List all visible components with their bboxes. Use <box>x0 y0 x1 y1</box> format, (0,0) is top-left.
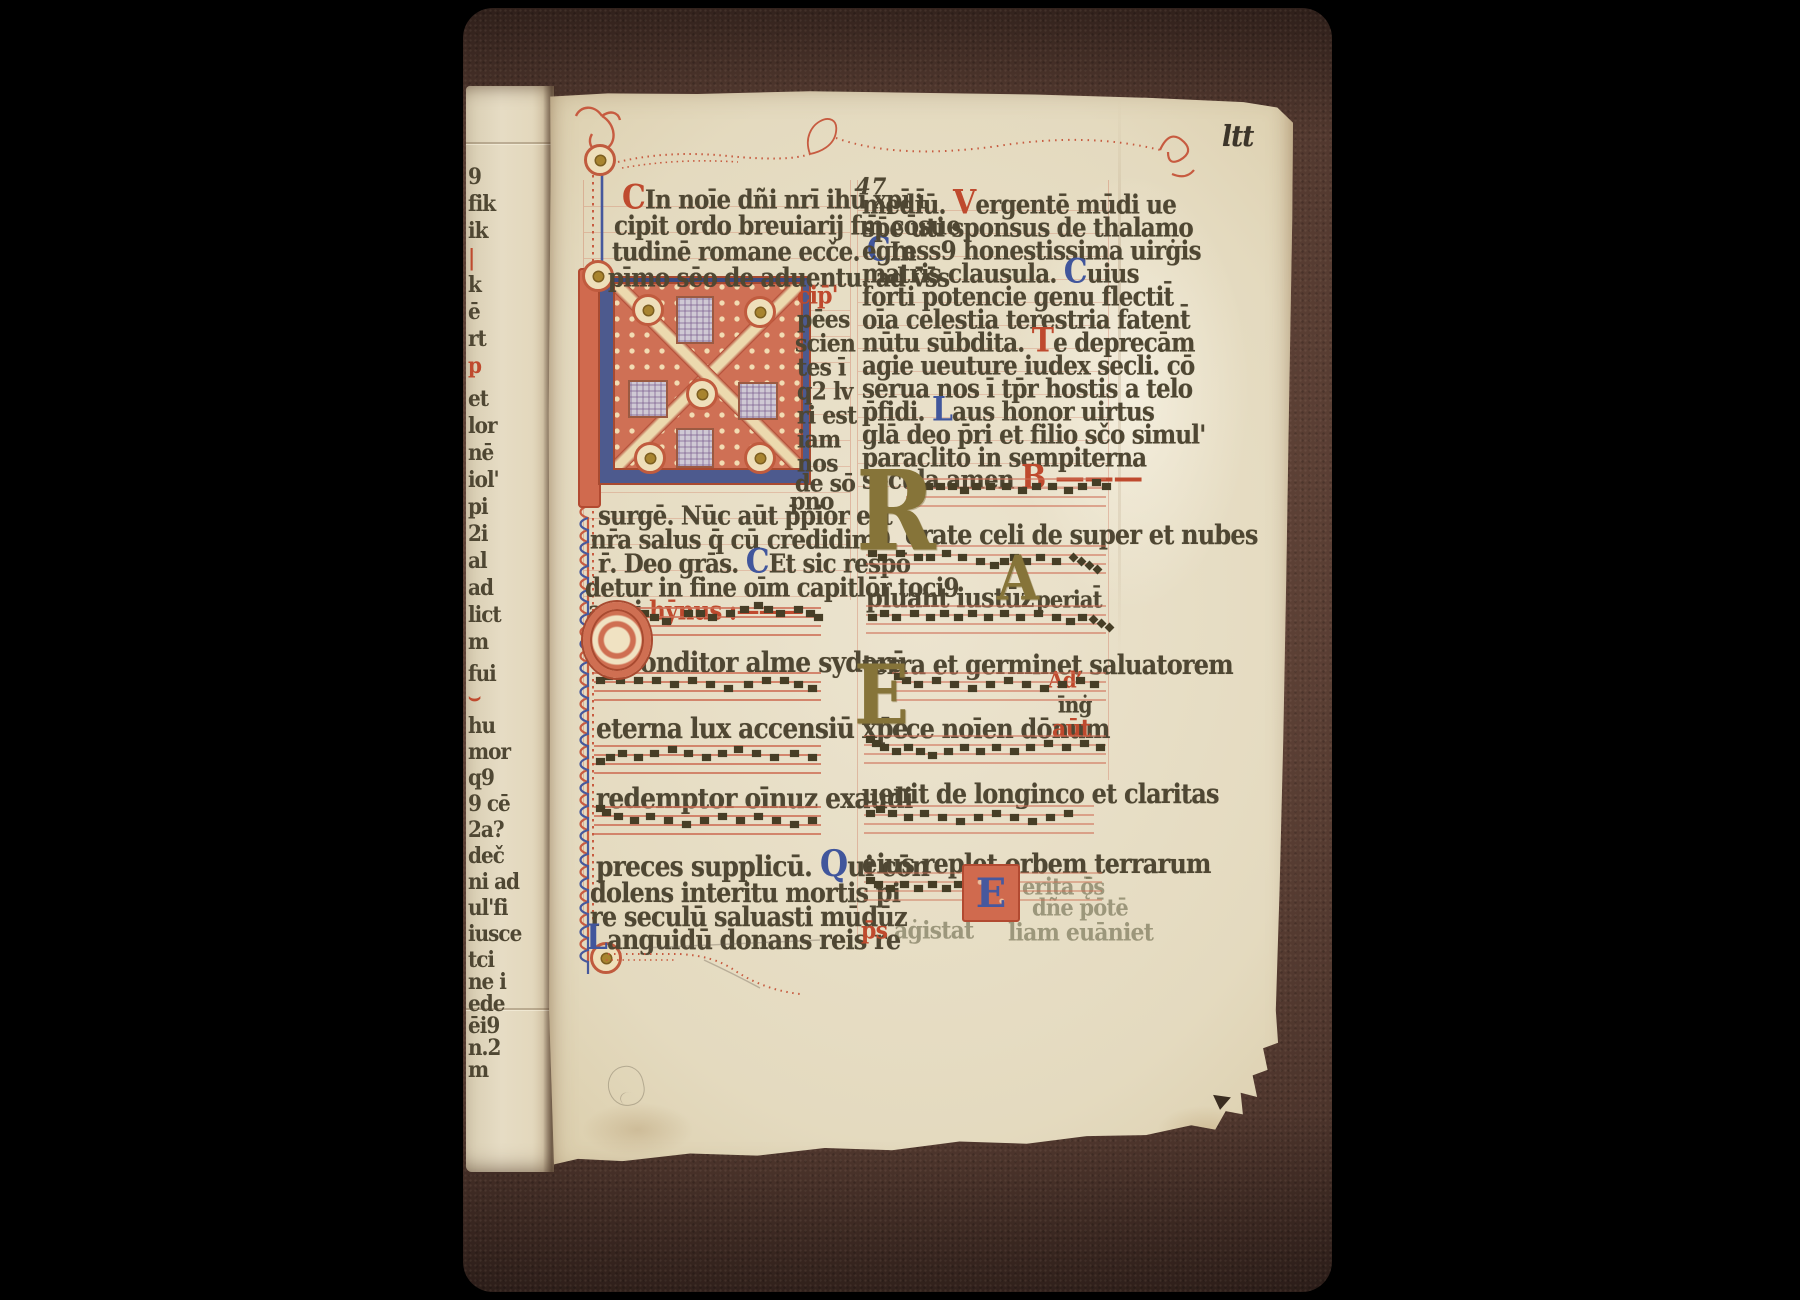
neume <box>754 602 763 609</box>
neume <box>670 681 679 688</box>
initial-letter-panel: E <box>962 864 1020 922</box>
neume <box>808 754 817 761</box>
neume <box>706 681 715 688</box>
neume <box>986 681 995 688</box>
text-fragment: m <box>468 1056 488 1082</box>
neume <box>682 821 691 828</box>
neume <box>974 814 983 821</box>
initial-letter-ornate <box>583 602 651 678</box>
neume <box>646 813 655 820</box>
neume <box>904 814 913 821</box>
neume <box>734 746 743 753</box>
text-fragment: ik <box>468 217 487 243</box>
neume <box>892 614 901 621</box>
neume <box>662 618 671 625</box>
neume <box>650 614 659 621</box>
text-fragment: m <box>468 628 488 654</box>
neume <box>972 483 981 490</box>
neume <box>914 885 923 892</box>
text-fragment: al <box>468 547 487 573</box>
stave-line <box>906 496 1106 498</box>
initial-letter-gold: E <box>854 658 909 733</box>
neume <box>780 677 789 684</box>
neume <box>886 885 895 892</box>
neume <box>684 750 693 757</box>
text-fragment: mor <box>468 738 510 764</box>
neume <box>928 752 937 759</box>
neume <box>726 610 735 617</box>
neume <box>1058 681 1067 688</box>
neume <box>880 610 889 617</box>
music-stave <box>594 672 821 701</box>
neume <box>1022 681 1031 688</box>
music-stave <box>594 806 821 835</box>
neume <box>740 606 749 613</box>
text-fragment: et <box>468 385 488 411</box>
neume <box>1004 677 1013 684</box>
rosette-medallion <box>744 442 776 474</box>
stave-line <box>866 632 1106 634</box>
ink-triangle-mark <box>1211 1095 1231 1111</box>
neume <box>914 681 923 688</box>
neume <box>772 817 781 824</box>
neume <box>776 610 785 617</box>
text-fragment: 9 <box>468 163 481 189</box>
neume <box>684 610 693 617</box>
stave-line <box>892 690 1106 692</box>
neume <box>968 685 977 692</box>
neume <box>596 758 605 765</box>
neume <box>936 483 945 490</box>
text-fragment: p <box>468 352 481 378</box>
neume <box>1048 483 1057 490</box>
fold-crease <box>466 142 554 144</box>
neume <box>984 614 993 621</box>
initial-letter-gold: A <box>997 550 1039 606</box>
neume <box>650 750 659 757</box>
neume <box>618 750 627 757</box>
neume <box>1032 483 1041 490</box>
lattice-panelette <box>628 380 668 418</box>
neume <box>956 818 965 825</box>
neume <box>880 744 889 751</box>
lattice-panelette <box>676 428 714 468</box>
stave-line <box>906 505 1106 507</box>
neume <box>976 558 985 565</box>
neume <box>992 744 1001 751</box>
neume <box>1044 740 1053 747</box>
neume <box>992 810 1001 817</box>
neume <box>944 748 953 755</box>
stave-line <box>864 823 1094 825</box>
neume <box>634 754 643 761</box>
text-fragment: pi <box>468 493 488 519</box>
manuscript-photo: 9fikik|kērtpetlornēiol'pi2ialadlictmfui⌣… <box>0 0 1800 1300</box>
text-fragment: rt <box>468 325 486 351</box>
text-fragment: ⌣ <box>468 683 480 709</box>
stave-line <box>906 478 1106 480</box>
neume <box>868 614 877 621</box>
neume <box>708 614 717 621</box>
stave-line <box>594 824 821 826</box>
neume <box>808 817 817 824</box>
border-bar-orange <box>578 268 601 508</box>
neume <box>910 610 919 617</box>
neume <box>874 881 883 888</box>
text-fragment: | <box>468 244 474 270</box>
neume <box>916 748 925 755</box>
neume <box>876 806 885 813</box>
neume <box>960 487 969 494</box>
neume <box>724 685 733 692</box>
text-fragment: ē <box>468 298 480 324</box>
neume <box>1052 614 1061 621</box>
neume <box>1102 483 1111 490</box>
neume <box>986 483 995 490</box>
neume <box>770 754 779 761</box>
neume <box>1076 677 1085 684</box>
text-fragment: hu <box>468 712 495 738</box>
text-fragment: 2a? <box>468 816 504 842</box>
neume <box>688 677 697 684</box>
neume <box>664 817 673 824</box>
neume <box>790 750 799 757</box>
neume <box>602 809 611 816</box>
neume <box>1078 483 1087 490</box>
text-fragment: fik <box>468 190 495 216</box>
stave-line <box>594 690 821 692</box>
neume <box>794 606 803 613</box>
text-line: liam euāniet <box>1008 918 1153 947</box>
text-fragment: q9 <box>468 764 494 790</box>
neume <box>700 817 709 824</box>
rosette-medallion <box>584 144 616 176</box>
neume <box>928 881 937 888</box>
neume <box>764 606 773 613</box>
rosette-medallion <box>632 294 664 326</box>
neume <box>1010 748 1019 755</box>
neume <box>1010 814 1019 821</box>
text-fragment: ad <box>468 574 493 600</box>
stave-line <box>594 763 821 765</box>
neume <box>892 748 901 755</box>
neume <box>744 681 753 688</box>
neume <box>942 885 951 892</box>
text-fragment: iusce <box>468 920 521 946</box>
text-segment: liam euāniet <box>1008 918 1153 947</box>
corner-inscription: ltt <box>1222 120 1254 154</box>
music-stave <box>636 607 821 636</box>
stave-line <box>892 672 1106 674</box>
neume <box>616 677 625 684</box>
text-fragment: lor <box>468 412 496 438</box>
neume <box>1064 487 1073 494</box>
neume <box>950 681 959 688</box>
stave-line <box>594 772 821 774</box>
neume <box>752 750 761 757</box>
neume <box>754 813 763 820</box>
neume <box>1090 681 1099 688</box>
neume <box>920 810 929 817</box>
neume <box>1066 618 1075 625</box>
rosette-medallion <box>686 378 718 410</box>
music-stave <box>906 478 1106 507</box>
neume <box>630 817 639 824</box>
neume <box>790 821 799 828</box>
underlying-page-edge: 9fikik|kērtpetlornēiol'pi2ialadlictmfui⌣… <box>466 86 554 1172</box>
stave-line <box>864 805 1094 807</box>
music-stave <box>594 745 821 774</box>
neume <box>1078 614 1087 621</box>
neume <box>634 677 643 684</box>
penwork-flourish-bottom <box>584 930 904 1020</box>
neume <box>668 746 677 753</box>
neume <box>976 748 985 755</box>
neume <box>954 614 963 621</box>
neume <box>762 677 771 684</box>
stave-line <box>864 762 1106 764</box>
neume <box>718 813 727 820</box>
stave-line <box>892 681 1106 683</box>
neume <box>808 685 817 692</box>
neume <box>866 810 875 817</box>
initial-letter: E <box>976 870 1007 917</box>
neume <box>960 744 969 751</box>
lattice-panelette <box>738 382 778 420</box>
stave-line <box>594 833 821 835</box>
neume <box>1028 818 1037 825</box>
neume <box>736 817 745 824</box>
text-fragment: deč <box>468 842 504 868</box>
music-stave <box>866 605 1106 634</box>
neume <box>932 677 941 684</box>
text-fragment: ul'fi <box>468 894 507 920</box>
rosette-medallion <box>634 442 666 474</box>
neume <box>1080 740 1089 747</box>
neume <box>1096 744 1105 751</box>
neume <box>1016 614 1025 621</box>
stave-line <box>866 605 1106 607</box>
stave-line <box>892 699 1106 701</box>
text-fragment: k <box>468 271 481 297</box>
neume <box>904 744 913 751</box>
neume <box>702 754 711 761</box>
neume <box>1064 810 1073 817</box>
neume <box>942 550 951 557</box>
text-fragment: iol' <box>468 466 499 492</box>
neume <box>1040 685 1049 692</box>
neume <box>794 681 803 688</box>
neume <box>606 754 615 761</box>
neume <box>814 614 823 621</box>
neume <box>938 814 947 821</box>
text-fragment: lict <box>468 601 501 627</box>
neume <box>1062 744 1071 751</box>
neume <box>1026 744 1035 751</box>
neume <box>1018 487 1027 494</box>
text-fragment: nē <box>468 439 493 465</box>
neume <box>652 677 661 684</box>
neume <box>1002 483 1011 490</box>
neume <box>900 881 909 888</box>
neume <box>696 610 705 617</box>
stave-line <box>594 745 821 747</box>
initial-letter-gold: R <box>856 462 936 561</box>
neume <box>888 810 897 817</box>
lattice-panelette <box>676 296 714 344</box>
neume <box>1092 479 1101 486</box>
stave-line <box>594 806 821 808</box>
neume <box>1046 814 1055 821</box>
text-fragment: ni ad <box>468 868 519 894</box>
stave-line <box>594 699 821 701</box>
neume <box>958 554 967 561</box>
stave-line <box>864 832 1094 834</box>
neume <box>940 610 949 617</box>
stave-line <box>636 625 821 627</box>
neume <box>926 614 935 621</box>
neume <box>614 813 623 820</box>
neume <box>1052 558 1061 565</box>
stave-line <box>636 634 821 636</box>
music-stave <box>864 805 1094 834</box>
music-stave <box>892 672 1106 701</box>
rosette-medallion <box>744 296 776 328</box>
text-fragment: 9 cē <box>468 790 510 816</box>
neume <box>718 750 727 757</box>
neume <box>968 610 977 617</box>
neume <box>948 483 957 490</box>
text-fragment: 2i <box>468 520 488 546</box>
